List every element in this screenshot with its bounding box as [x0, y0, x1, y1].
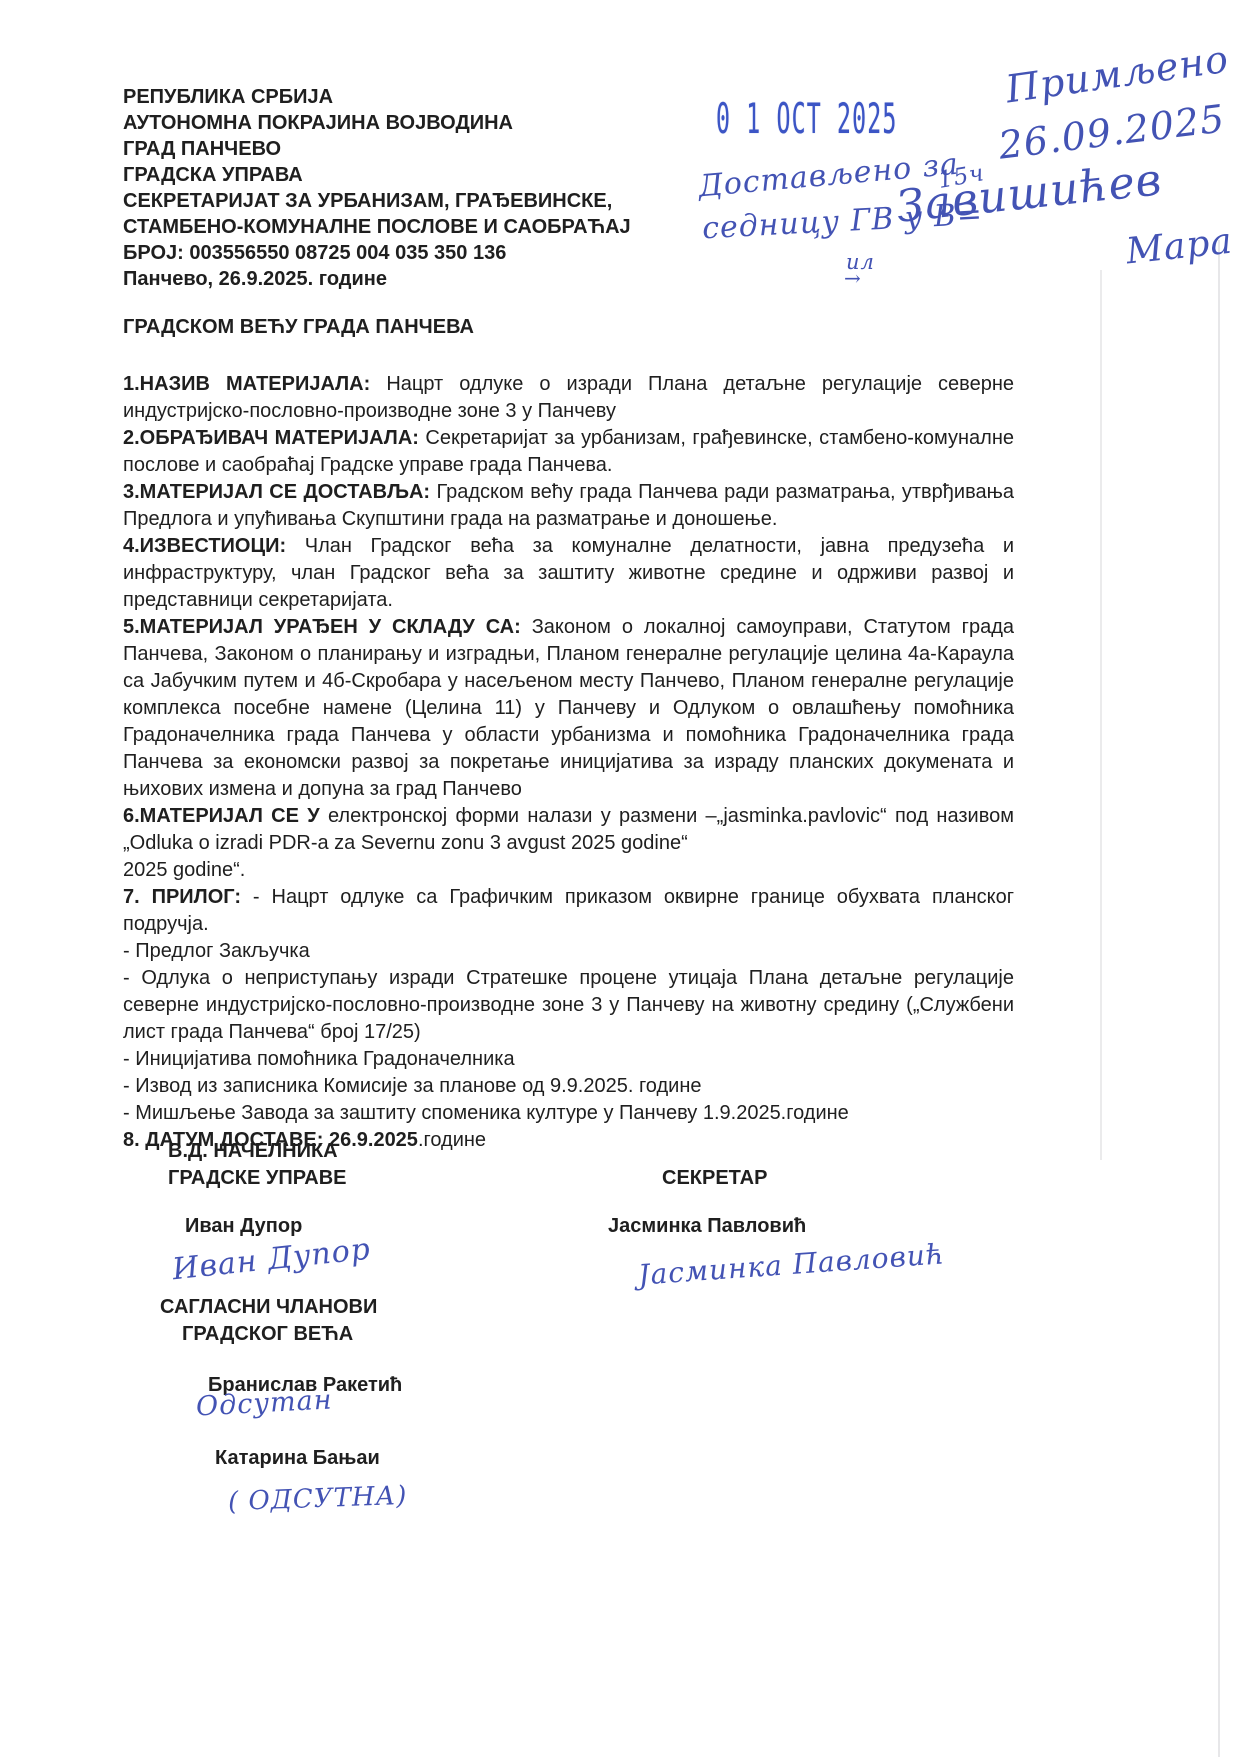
handwritten-note-raketic: Одсутан [195, 1384, 333, 1422]
agree-title-1: САГЛАСНИ ЧЛАНОВИ [160, 1296, 377, 1319]
scan-artifact-line [1218, 240, 1220, 1757]
member-2-name: Катарина Бањаи [215, 1447, 380, 1470]
attachment-item: - Извод из записника Комисије за планове… [123, 1073, 1014, 1100]
letterhead: РЕПУБЛИКА СРБИЈА АУТОНОМНА ПОКРАЈИНА ВОЈ… [123, 84, 631, 292]
paragraph-2-label: 2.ОБРАЂИВАЧ МАТЕРИЈАЛА: [123, 427, 419, 449]
paragraph-8-text: .године [418, 1129, 486, 1151]
handwritten-signature-ivan: Иван Дупор [171, 1232, 373, 1288]
left-signer-title-2: ГРАДСКЕ УПРАВЕ [168, 1167, 347, 1190]
left-signer-title-1: В.Д. НАЧЕЛНИКА [168, 1140, 338, 1163]
attachment-item: - Иницијатива помоћника Градоначелника [123, 1046, 1014, 1073]
scan-artifact-line [1100, 270, 1102, 1160]
paragraph-1: 1.НАЗИВ МАТЕРИЈАЛА: Нацрт одлуке о израд… [123, 371, 1014, 425]
paragraph-7-label: 7. ПРИЛОГ: [123, 886, 241, 908]
paragraph-5: 5.МАТЕРИЈАЛ УРАЂЕН У СКЛАДУ СА: Законом … [123, 614, 1014, 803]
paragraph-6-label: 6.МАТЕРИЈАЛ СЕ У [123, 805, 320, 827]
attachment-item: - Мишљење Завода за заштиту споменика ку… [123, 1100, 1014, 1127]
document-body: 1.НАЗИВ МАТЕРИЈАЛА: Нацрт одлуке о израд… [123, 371, 1014, 1154]
handwritten-signature-jasminka: Јасминка Павловић [637, 1237, 946, 1291]
handwritten-delivered-line2: седницу ГВ у В= [701, 197, 984, 247]
letterhead-line: СТАМБЕНО-КОМУНАЛНЕ ПОСЛОВЕ И САОБРАЋАЈ [123, 214, 631, 240]
date-stamp: 0 1 OCT 2025 [716, 96, 898, 142]
left-signer-name: Иван Дупор [185, 1215, 302, 1238]
letterhead-line: АУТОНОМНА ПОКРАЈИНА ВОЈВОДИНА [123, 110, 631, 136]
paragraph-2: 2.ОБРАЂИВАЧ МАТЕРИЈАЛА: Секретаријат за … [123, 425, 1014, 479]
letterhead-line-number: БРОЈ: 003556550 08725 004 035 350 136 [123, 240, 631, 266]
paragraph-1-label: 1.НАЗИВ МАТЕРИЈАЛА: [123, 373, 370, 395]
letterhead-line: ГРАД ПАНЧЕВО [123, 136, 631, 162]
paragraph-4: 4.ИЗВЕСТИОЦИ: Члан Градског већа за кому… [123, 533, 1014, 614]
scanned-document-page: РЕПУБЛИКА СРБИЈА АУТОНОМНА ПОКРАЈИНА ВОЈ… [0, 0, 1244, 1757]
paragraph-6: 6.МАТЕРИЈАЛ СЕ У електронској форми нала… [123, 803, 1014, 857]
letterhead-line: ГРАДСКА УПРАВА [123, 162, 631, 188]
attachment-item: - Предлог Закључка [123, 938, 1014, 965]
paragraph-7-text: - Нацрт одлуке са Графичким приказом окв… [123, 886, 1014, 935]
handwritten-note-banjai: ( ОДСУТНА) [228, 1481, 408, 1517]
letterhead-line: СЕКРЕТАРИЈАТ ЗА УРБАНИЗАМ, ГРАЂЕВИНСКЕ, [123, 188, 631, 214]
arrow-icon: → [844, 266, 862, 290]
paragraph-3: 3.МАТЕРИЈАЛ СЕ ДОСТАВЉА: Градском већу г… [123, 479, 1014, 533]
right-signer-title: СЕКРЕТАР [662, 1167, 767, 1190]
attachment-item: - Одлука о неприступању изради Стратешке… [123, 965, 1014, 1046]
paragraph-7: 7. ПРИЛОГ: - Нацрт одлуке са Графичким п… [123, 884, 1014, 938]
addressee: ГРАДСКОМ ВЕЋУ ГРАДА ПАНЧЕВА [123, 316, 474, 339]
paragraph-4-label: 4.ИЗВЕСТИОЦИ: [123, 535, 286, 557]
paragraph-5-text: Законом о локалној самоуправи, Статутом … [123, 616, 1014, 800]
paragraph-5-label: 5.МАТЕРИЈАЛ УРАЂЕН У СКЛАДУ СА: [123, 616, 521, 638]
letterhead-line-date: Панчево, 26.9.2025. године [123, 266, 631, 292]
stray-line: 2025 godine“. [123, 857, 1014, 884]
letterhead-line: РЕПУБЛИКА СРБИЈА [123, 84, 631, 110]
paragraph-3-label: 3.МАТЕРИЈАЛ СЕ ДОСТАВЉА: [123, 481, 430, 503]
right-signer-name: Јасминка Павловић [608, 1215, 806, 1238]
agree-title-2: ГРАДСКОГ ВЕЋА [182, 1323, 353, 1346]
